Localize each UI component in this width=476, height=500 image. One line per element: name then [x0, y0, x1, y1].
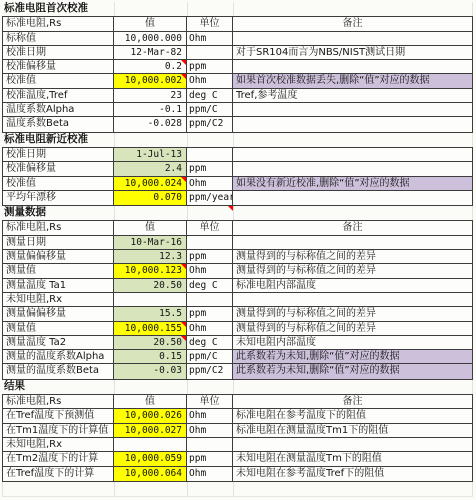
cell-unit[interactable]: ppm: [187, 452, 233, 465]
cell-unit-text: deg C: [189, 90, 218, 101]
column-header-item[interactable]: 标准电阻,Rs: [3, 395, 114, 408]
column-header-value[interactable]: 值: [114, 17, 187, 30]
cell-note-text: 测量得到的与标称值之间的差异: [236, 251, 376, 262]
column-header-item[interactable]: 标准电阻,Rs: [3, 221, 114, 234]
cell-value[interactable]: -0.028: [114, 117, 187, 131]
cell-value[interactable]: 12.3: [114, 250, 187, 263]
cell-note[interactable]: 测量得到的与标称值之间的差异: [233, 250, 472, 263]
cell-note[interactable]: [233, 103, 472, 116]
cell-label-text: 测量偏偏移量: [6, 308, 66, 319]
cell-unit[interactable]: ppm/C: [187, 103, 233, 116]
cell-unit-text: Ohm: [189, 265, 206, 276]
table-row: 未知电阻,Rx: [3, 293, 472, 307]
cell-label-text: 校准偏移量: [6, 61, 56, 72]
cell-note[interactable]: 对于SR104而言为NBS/NIST测试日期: [233, 46, 472, 59]
cell-unit[interactable]: Ohm: [187, 32, 233, 45]
cell-unit[interactable]: [187, 438, 233, 451]
column-header-note[interactable]: 备注: [233, 221, 472, 234]
cell-label-text: 测量值: [6, 265, 36, 276]
cell-label-text: 校准日期: [6, 47, 46, 58]
cell-unit-text: Ohm: [189, 33, 206, 44]
cell-unit[interactable]: deg C: [187, 336, 233, 349]
cell-value-text: 10,000.026: [125, 410, 182, 421]
cell-label-text: 平均年漂移: [6, 192, 56, 203]
cell-value[interactable]: 20.50: [114, 279, 187, 292]
cell-note-text: 此系数若为未知,删除“值”对应的数据: [236, 351, 400, 362]
cell-note-text: 未知电阻在测量温度Tm下的阻值: [236, 453, 382, 464]
gridline: [233, 482, 234, 496]
section-title-row[interactable]: 结果: [2, 380, 473, 394]
table-row: 在Tm2温度下的计算10,000.059ppm未知电阻在测量温度Tm下的阻值: [3, 452, 472, 466]
gridline: [472, 380, 473, 394]
cell-note[interactable]: [233, 236, 472, 249]
cell-unit[interactable]: Ohm: [187, 322, 233, 335]
cell-label-text: 测量温度 Ta2: [6, 337, 66, 348]
cell-value[interactable]: 0.070: [114, 191, 187, 205]
comment-indicator: [181, 177, 186, 182]
column-header-unit-text: 单位: [200, 18, 220, 29]
comment-indicator: [181, 322, 186, 327]
cell-label-text: 测量值: [6, 323, 36, 334]
cell-unit-text: ppm/C2: [189, 365, 223, 376]
cell-label[interactable]: 校准偏移量: [3, 162, 114, 175]
gridline: [114, 380, 115, 394]
cell-unit[interactable]: ppm/C2: [187, 117, 233, 131]
table-row: 温度系数Beta-0.028ppm/C2: [3, 117, 472, 131]
cell-unit[interactable]: deg C: [187, 89, 233, 102]
gridline: [472, 206, 473, 220]
cell-label-text: 在Tref温度下预测值: [6, 410, 94, 421]
cell-note[interactable]: 标准电阻内部温度: [233, 279, 472, 292]
section-table: 标准电阻,Rs值单位备注测量日期10-Mar-16测量偏偏移量12.3ppm测量…: [2, 220, 473, 379]
table-row: 测量的温度系数Alpha0.15ppm/C此系数若为未知,删除“值”对应的数据: [3, 350, 472, 364]
cell-unit[interactable]: Ohm: [187, 424, 233, 437]
cell-note[interactable]: [233, 32, 472, 45]
column-header-value-text: 值: [145, 18, 155, 29]
cell-note[interactable]: 测量得到的与标称值之间的差异: [233, 307, 472, 320]
cell-unit[interactable]: ppm: [187, 307, 233, 320]
cell-label-text: 在Tm2温度下的计算: [6, 453, 98, 464]
cell-value-text: 12-Mar-82: [131, 47, 182, 58]
cell-value-text: -0.028: [148, 118, 182, 129]
section-table: 标准电阻,Rs值单位备注标称值10,000.000Ohm校准日期12-Mar-8…: [2, 16, 473, 132]
cell-unit[interactable]: ppm: [187, 60, 233, 73]
cell-label[interactable]: 在Tm2温度下的计算: [3, 452, 114, 465]
cell-label[interactable]: 校准日期: [3, 148, 114, 161]
cell-value-text: 10,000.002: [125, 75, 182, 86]
cell-note-text: 对于SR104而言为NBS/NIST测试日期: [236, 47, 405, 58]
cell-unit-text: Ohm: [189, 410, 206, 421]
cell-label[interactable]: 测量日期: [3, 236, 114, 249]
empty-row[interactable]: [2, 482, 473, 497]
cell-label-text: 校准值: [6, 75, 36, 86]
column-header-value-text: 值: [145, 222, 155, 233]
section-title: 结果: [4, 380, 25, 394]
table-row: 在Tref温度下的计算10,000.064Ohm未知电阻在参考温度Tref下的阻…: [3, 467, 472, 481]
cell-label-text: 校准偏移量: [6, 163, 56, 174]
cell-value[interactable]: 10,000.000: [114, 32, 187, 45]
cell-note[interactable]: 测量得到的与标称值之间的差异: [233, 322, 472, 335]
gridline: [187, 206, 188, 220]
comment-indicator: [181, 264, 186, 269]
cell-note[interactable]: 此系数若为未知,删除“值”对应的数据: [233, 364, 472, 378]
table-row: 在Tm1温度下的计算值10,000.027Ohm标准电阻在测量温度Tm1下的阻值: [3, 424, 472, 438]
cell-value-text: 0.070: [153, 192, 182, 203]
cell-note[interactable]: 未知电阻内部温度: [233, 336, 472, 349]
cell-label-text: 校准值: [6, 178, 36, 189]
column-header-unit[interactable]: 单位: [187, 221, 233, 234]
cell-note-text: 标准电阻在测量温度Tm1下的阻值: [236, 425, 388, 436]
gridline: [2, 482, 3, 496]
cell-label[interactable]: 校准温度,Tref: [3, 89, 114, 102]
table-row: 校准温度,Tref23deg CTref,参考温度: [3, 89, 472, 103]
cell-label[interactable]: 标称值: [3, 32, 114, 45]
column-header-note-text: 备注: [343, 222, 363, 233]
cell-note[interactable]: [233, 162, 472, 175]
cell-label[interactable]: 在Tref温度下的计算: [3, 467, 114, 481]
table-row: 校准偏移量0.2ppm: [3, 60, 472, 74]
cell-note-text: 如果没有新近校准,删除“值”对应的数据: [236, 178, 410, 189]
cell-value-text: 20.50: [153, 337, 182, 348]
cell-note-text: Tref,参考温度: [236, 90, 297, 101]
section-table: 标准电阻,Rs值单位备注在Tref温度下预测值10,000.026Ohm标准电阻…: [2, 394, 473, 482]
cell-unit-text: ppm/C2: [189, 118, 223, 129]
cell-unit-text: ppm/C: [189, 351, 218, 362]
cell-unit-text: ppm: [189, 163, 206, 174]
column-header-unit-text: 单位: [200, 222, 220, 233]
cell-note[interactable]: 如果没有新近校准,删除“值”对应的数据: [233, 177, 472, 190]
cell-note[interactable]: 未知电阻在测量温度Tm下的阻值: [233, 452, 472, 465]
cell-note-text: 测量得到的与标称值之间的差异: [236, 265, 376, 276]
cell-label[interactable]: 测量偏偏移量: [3, 250, 114, 263]
cell-unit[interactable]: Ohm: [187, 74, 233, 87]
column-header-item[interactable]: 标准电阻,Rs: [3, 17, 114, 30]
cell-unit-text: ppm: [189, 61, 206, 72]
section-title-row[interactable]: 测量数据: [2, 206, 473, 220]
cell-unit[interactable]: Ohm: [187, 264, 233, 277]
cell-value[interactable]: -0.03: [114, 364, 187, 378]
cell-label-text: 未知电阻,Rx: [6, 439, 62, 450]
cell-value-text: 10,000.000: [125, 33, 182, 44]
cell-value-text: 1-Jul-13: [136, 149, 182, 160]
table-row: 测量值10,000.123Ohm测量得到的与标称值之间的差异: [3, 264, 472, 278]
cell-label[interactable]: 校准值: [3, 74, 114, 87]
cell-label-text: 测量的温度系数Alpha: [6, 351, 104, 362]
cell-value[interactable]: 10-Mar-16: [114, 236, 187, 249]
cell-value[interactable]: 10,000.155: [114, 322, 187, 335]
section-table: 校准日期1-Jul-13校准偏移量2.4ppm校准值10,000.024Ohm如…: [2, 147, 473, 206]
cell-label-text: 标称值: [6, 33, 36, 44]
cell-value[interactable]: 12-Mar-82: [114, 46, 187, 59]
cell-label[interactable]: 未知电阻,Rx: [3, 293, 114, 306]
column-header-item-text: 标准电阻,Rs: [6, 222, 61, 233]
gridline: [187, 380, 188, 394]
comment-indicator: [181, 74, 186, 79]
cell-value[interactable]: 10,000.059: [114, 452, 187, 465]
cell-value-text: -0.1: [159, 104, 182, 115]
gridline: [114, 133, 115, 147]
cell-label[interactable]: 测量值: [3, 322, 114, 335]
cell-value[interactable]: 2.4: [114, 162, 187, 175]
gridline: [472, 133, 473, 147]
cell-value-text: 0.15: [159, 351, 182, 362]
column-header-item-text: 标准电阻,Rs: [6, 18, 61, 29]
column-header-value[interactable]: 值: [114, 221, 187, 234]
cell-unit[interactable]: ppm/year: [187, 191, 233, 205]
cell-label[interactable]: 测量的温度系数Beta: [3, 364, 114, 378]
section-title: 标准电阻新近校准: [4, 133, 88, 147]
cell-value-text: 10,000.027: [125, 425, 182, 436]
cell-label-text: 温度系数Beta: [6, 118, 69, 129]
table-row: 校准值10,000.002Ohm如果首次校准数据丢失,删除“值”对应的数据: [3, 74, 472, 88]
cell-note-text: 测量得到的与标称值之间的差异: [236, 308, 376, 319]
cell-unit[interactable]: deg C: [187, 279, 233, 292]
cell-unit-text: Ohm: [189, 75, 206, 86]
cell-unit-text: ppm: [189, 453, 206, 464]
cell-note-text: 标准电阻内部温度: [236, 280, 316, 291]
cell-note[interactable]: [233, 438, 472, 451]
table-row: 平均年漂移0.070ppm/year: [3, 191, 472, 205]
spreadsheet: 标准电阻首次校准标准电阻,Rs值单位备注标称值10,000.000Ohm校准日期…: [0, 0, 476, 500]
cell-unit-text: ppm: [189, 251, 206, 262]
cell-note-text: 未知电阻内部温度: [236, 337, 316, 348]
cell-value-text: 10,000.064: [125, 468, 182, 479]
column-header-unit[interactable]: 单位: [187, 17, 233, 30]
cell-value-text: 20.50: [153, 280, 182, 291]
column-header-note[interactable]: 备注: [233, 17, 472, 30]
gridline: [472, 2, 473, 16]
cell-value-text: 0.2: [165, 61, 182, 72]
column-header-note-text: 备注: [343, 18, 363, 29]
cell-unit-text: Ohm: [189, 425, 206, 436]
section-title: 标准电阻首次校准: [4, 2, 88, 16]
section-title: 测量数据: [4, 206, 46, 220]
table-row: 校准日期12-Mar-82对于SR104而言为NBS/NIST测试日期: [3, 46, 472, 60]
cell-note[interactable]: [233, 148, 472, 161]
cell-value-text: 10,000.155: [125, 323, 182, 334]
column-header-note-text: 备注: [343, 396, 363, 407]
cell-label-text: 测量日期: [6, 237, 46, 248]
cell-note[interactable]: [233, 60, 472, 73]
cell-unit[interactable]: [187, 293, 233, 306]
cell-value[interactable]: 15.5: [114, 307, 187, 320]
gridline: [114, 482, 115, 496]
cell-unit-text: Ohm: [189, 178, 206, 189]
cell-value-text: 23: [171, 90, 182, 101]
cell-note[interactable]: [233, 117, 472, 131]
cell-value-text: -0.03: [153, 365, 182, 376]
cell-note-text: 如果首次校准数据丢失,删除“值”对应的数据: [236, 75, 430, 86]
gridline: [187, 133, 188, 147]
column-header-value[interactable]: 值: [114, 395, 187, 408]
table-row: 未知电阻,Rx: [3, 438, 472, 452]
cell-value-text: 12.3: [159, 251, 182, 262]
cell-label[interactable]: 未知电阻,Rx: [3, 438, 114, 451]
cell-unit[interactable]: Ohm: [187, 409, 233, 422]
gridline: [233, 206, 234, 220]
cell-value-text: 10,000.059: [125, 453, 182, 464]
gridline: [472, 482, 473, 496]
comment-indicator: [181, 336, 186, 341]
column-header-unit-text: 单位: [200, 396, 220, 407]
cell-label[interactable]: 测量偏偏移量: [3, 307, 114, 320]
cell-note-text: 未知电阻在参考温度Tref下的阻值: [236, 468, 384, 479]
cell-label[interactable]: 校准日期: [3, 46, 114, 59]
table-row: 测量值10,000.155Ohm测量得到的与标称值之间的差异: [3, 322, 472, 336]
section-title-row[interactable]: 标准电阻首次校准: [2, 2, 473, 16]
cell-label-text: 校准日期: [6, 149, 46, 160]
cell-label-text: 校准温度,Tref: [6, 90, 67, 101]
cell-value[interactable]: 10,000.027: [114, 424, 187, 437]
cell-value[interactable]: 0.2: [114, 60, 187, 73]
cell-label-text: 在Tref温度下的计算: [6, 468, 94, 479]
cell-note-text: 此系数若为未知,删除“值”对应的数据: [236, 365, 400, 376]
cell-value[interactable]: 20.50: [114, 336, 187, 349]
cell-label[interactable]: 测量的温度系数Alpha: [3, 350, 114, 363]
cell-value[interactable]: 23: [114, 89, 187, 102]
cell-unit[interactable]: [187, 236, 233, 249]
cell-unit[interactable]: ppm/C2: [187, 364, 233, 378]
cell-note[interactable]: 未知电阻在参考温度Tref下的阻值: [233, 467, 472, 481]
cell-unit[interactable]: ppm/C: [187, 350, 233, 363]
worksheet-grid: 标准电阻首次校准标准电阻,Rs值单位备注标称值10,000.000Ohm校准日期…: [2, 2, 474, 497]
cell-unit[interactable]: ppm: [187, 162, 233, 175]
cell-value[interactable]: [114, 438, 187, 451]
cell-value[interactable]: 10,000.002: [114, 74, 187, 87]
cell-value-text: 10,000.123: [125, 265, 182, 276]
table-row: 测量偏偏移量15.5ppm测量得到的与标称值之间的差异: [3, 307, 472, 321]
gridline: [233, 2, 234, 16]
cell-value[interactable]: 1-Jul-13: [114, 148, 187, 161]
cell-label-text: 测量温度 Ta1: [6, 280, 66, 291]
cell-unit-text: ppm/C: [189, 104, 218, 115]
comment-indicator: [181, 60, 186, 65]
cell-label-text: 测量偏偏移量: [6, 251, 66, 262]
cell-label[interactable]: 测量温度 Ta2: [3, 336, 114, 349]
gridline: [187, 2, 188, 16]
table-row: 在Tref温度下预测值10,000.026Ohm标准电阻在参考温度下的阻值: [3, 409, 472, 423]
column-header-item-text: 标准电阻,Rs: [6, 396, 61, 407]
cell-label-text: 在Tm1温度下的计算值: [6, 425, 108, 436]
cell-unit-text: deg C: [189, 337, 218, 348]
table-row: 校准值10,000.024Ohm如果没有新近校准,删除“值”对应的数据: [3, 177, 472, 191]
cell-value[interactable]: -0.1: [114, 103, 187, 116]
cell-note[interactable]: [233, 293, 472, 306]
cell-label[interactable]: 温度系数Beta: [3, 117, 114, 131]
cell-value[interactable]: 10,000.123: [114, 264, 187, 277]
table-row: 校准日期1-Jul-13: [3, 148, 472, 162]
section-title-row[interactable]: 标准电阻新近校准: [2, 133, 473, 147]
cell-note[interactable]: 标准电阻在参考温度下的阻值: [233, 409, 472, 422]
cell-value[interactable]: 10,000.026: [114, 409, 187, 422]
cell-value-text: 10,000.024: [125, 178, 182, 189]
cell-label[interactable]: 校准偏移量: [3, 60, 114, 73]
table-row: 测量温度 Ta220.50deg C未知电阻内部温度: [3, 336, 472, 350]
cell-note[interactable]: 如果首次校准数据丢失,删除“值”对应的数据: [233, 74, 472, 87]
cell-value[interactable]: [114, 293, 187, 306]
cell-unit-text: deg C: [189, 280, 218, 291]
table-row: 测量偏偏移量12.3ppm测量得到的与标称值之间的差异: [3, 250, 472, 264]
cell-unit-text: ppm/year: [189, 192, 233, 203]
table-row: 测量温度 Ta120.50deg C标准电阻内部温度: [3, 279, 472, 293]
cell-value-text: 15.5: [159, 308, 182, 319]
cell-unit-text: Ohm: [189, 468, 206, 479]
cell-label-text: 测量的温度系数Beta: [6, 365, 99, 376]
table-row: 温度系数Alpha-0.1ppm/C: [3, 103, 472, 117]
cell-label[interactable]: 温度系数Alpha: [3, 103, 114, 116]
table-row: 测量的温度系数Beta-0.03ppm/C2此系数若为未知,删除“值”对应的数据: [3, 364, 472, 378]
header-row: 标准电阻,Rs值单位备注: [3, 221, 472, 235]
cell-value-text: 10-Mar-16: [131, 237, 182, 248]
gridline: [187, 482, 188, 496]
cell-label-text: 温度系数Alpha: [6, 104, 74, 115]
table-row: 测量日期10-Mar-16: [3, 236, 472, 250]
cell-label[interactable]: 校准值: [3, 177, 114, 190]
cell-note[interactable]: 此系数若为未知,删除“值”对应的数据: [233, 350, 472, 363]
cell-label[interactable]: 在Tref温度下预测值: [3, 409, 114, 422]
cell-unit[interactable]: Ohm: [187, 177, 233, 190]
cell-unit[interactable]: ppm: [187, 250, 233, 263]
gridline: [233, 133, 234, 147]
header-row: 标准电阻,Rs值单位备注: [3, 17, 472, 31]
cell-note[interactable]: 测量得到的与标称值之间的差异: [233, 264, 472, 277]
cell-note[interactable]: Tref,参考温度: [233, 89, 472, 102]
cell-unit-text: Ohm: [189, 323, 206, 334]
cell-label[interactable]: 测量值: [3, 264, 114, 277]
comment-indicator: [228, 206, 233, 211]
gridline: [233, 380, 234, 394]
cell-unit[interactable]: [187, 148, 233, 161]
cell-value[interactable]: 10,000.024: [114, 177, 187, 190]
cell-note[interactable]: [233, 191, 472, 205]
cell-label[interactable]: 测量温度 Ta1: [3, 279, 114, 292]
cell-note[interactable]: 标准电阻在测量温度Tm1下的阻值: [233, 424, 472, 437]
column-header-unit[interactable]: 单位: [187, 395, 233, 408]
column-header-note[interactable]: 备注: [233, 395, 472, 408]
cell-unit[interactable]: [187, 46, 233, 59]
cell-note-text: 测量得到的与标称值之间的差异: [236, 323, 376, 334]
table-row: 校准偏移量2.4ppm: [3, 162, 472, 176]
cell-label[interactable]: 平均年漂移: [3, 191, 114, 205]
gridline: [114, 206, 115, 220]
cell-unit-text: ppm: [189, 308, 206, 319]
cell-value[interactable]: 0.15: [114, 350, 187, 363]
cell-label[interactable]: 在Tm1温度下的计算值: [3, 424, 114, 437]
cell-value-text: 2.4: [165, 163, 182, 174]
cell-note-text: 标准电阻在参考温度下的阻值: [236, 410, 366, 421]
header-row: 标准电阻,Rs值单位备注: [3, 395, 472, 409]
cell-value[interactable]: 10,000.064: [114, 467, 187, 481]
column-header-value-text: 值: [145, 396, 155, 407]
cell-label-text: 未知电阻,Rx: [6, 294, 62, 305]
table-row: 标称值10,000.000Ohm: [3, 32, 472, 46]
cell-unit[interactable]: Ohm: [187, 467, 233, 481]
gridline: [114, 2, 115, 16]
